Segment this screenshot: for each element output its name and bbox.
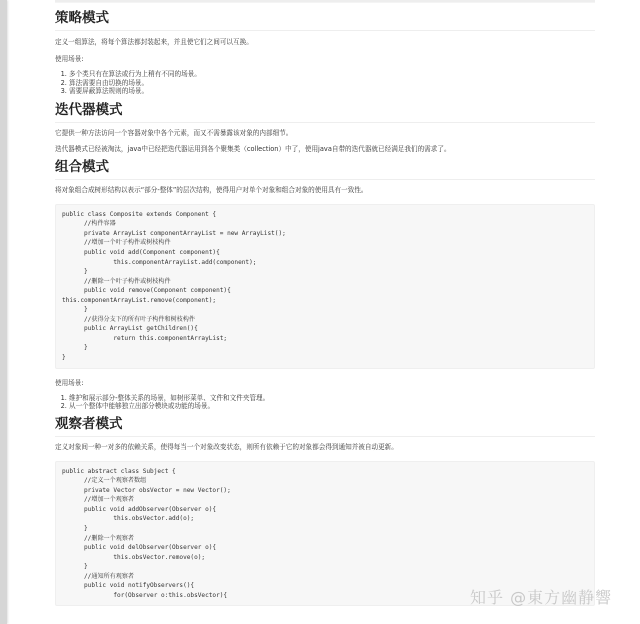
code-line: //删除一个观察者 — [62, 534, 588, 544]
section-title: 组合模式 — [55, 158, 595, 180]
code-line: //增加一个叶子构件或树枝构件 — [62, 238, 588, 248]
code-line: //删除一个叶子构件或树枝构件 — [62, 277, 588, 287]
code-line: private Vector obsVector = new Vector(); — [62, 486, 588, 496]
usage-list: 多个类只有在算法或行为上稍有不同的场景。 算法需要自由切换的场景。 需要屏蔽算法… — [55, 70, 595, 96]
code-line: } — [62, 343, 588, 353]
usage-list: 维护和展示部分-整体关系的场景，如树形菜单、文件和文件夹管理。 从一个整体中能够… — [55, 394, 595, 411]
usage-label: 使用场景: — [55, 55, 595, 64]
list-item: 需要屏蔽算法规则的场景。 — [69, 87, 595, 96]
section-description: 将对象组合成树形结构以表示“部分-整体”的层次结构，使得用户对单个对象和组合对象… — [55, 186, 595, 195]
code-line: public void addObserver(Observer o){ — [62, 505, 588, 515]
section-observer: 观察者模式 定义对象间一种一对多的依赖关系，使得每当一个对象改变状态，则所有依赖… — [55, 415, 595, 607]
code-line: return this.componentArrayList; — [62, 334, 588, 344]
code-line: //通知所有观察者 — [62, 572, 588, 582]
code-line: this.componentArrayList.add(component); — [62, 258, 588, 268]
usage-label: 使用场景: — [55, 379, 595, 388]
section-strategy: 策略模式 定义一组算法，将每个算法都封装起来，并且使它们之间可以互换。 使用场景… — [55, 9, 595, 96]
code-line: this.obsVector.remove(o); — [62, 553, 588, 563]
section-description: 定义对象间一种一对多的依赖关系，使得每当一个对象改变状态，则所有依赖于它的对象都… — [55, 443, 595, 452]
code-line: public void delObserver(Observer o){ — [62, 543, 588, 553]
list-item: 从一个整体中能够独立出部分模块或功能的场景。 — [69, 402, 595, 411]
code-line: public class Composite extends Component… — [62, 210, 588, 220]
list-item: 维护和展示部分-整体关系的场景，如树形菜单、文件和文件夹管理。 — [69, 394, 595, 403]
section-title: 迭代器模式 — [55, 101, 595, 123]
section-title: 观察者模式 — [55, 415, 595, 437]
code-line: public void add(Component component){ — [62, 248, 588, 258]
code-line: this.componentArrayList.remove(component… — [62, 296, 588, 306]
code-line: } — [62, 562, 588, 572]
code-line: public abstract class Subject { — [62, 467, 588, 477]
window-edge — [0, 0, 7, 624]
section-title: 策略模式 — [55, 9, 595, 31]
divider — [55, 0, 595, 3]
code-line: } — [62, 524, 588, 534]
code-line: private ArrayList componentArrayList = n… — [62, 229, 588, 239]
code-line: this.obsVector.add(o); — [62, 514, 588, 524]
watermark: 知乎 @東方幽静響 — [470, 585, 612, 608]
code-block: public class Composite extends Component… — [55, 204, 595, 369]
code-line: //构件容器 — [62, 219, 588, 229]
section-description: 定义一组算法，将每个算法都封装起来，并且使它们之间可以互换。 — [55, 38, 595, 47]
code-line: //定义一个观察者数组 — [62, 476, 588, 486]
list-item: 算法需要自由切换的场景。 — [69, 79, 595, 88]
code-line: public void remove(Component component){ — [62, 286, 588, 296]
section-description: 它提供一种方法访问一个容器对象中各个元素，而又不需暴露该对象的内部细节。 — [55, 129, 595, 138]
code-line: //增加一个观察者 — [62, 495, 588, 505]
code-line: } — [62, 267, 588, 277]
section-composite: 组合模式 将对象组合成树形结构以表示“部分-整体”的层次结构，使得用户对单个对象… — [55, 158, 595, 411]
code-line: } — [62, 353, 588, 363]
list-item: 多个类只有在算法或行为上稍有不同的场景。 — [69, 70, 595, 79]
section-note: 迭代器模式已经被淘汰，java中已经把迭代器运用到各个聚集类（collectio… — [55, 145, 595, 154]
code-line: } — [62, 305, 588, 315]
document-page: 策略模式 定义一组算法，将每个算法都封装起来，并且使它们之间可以互换。 使用场景… — [55, 0, 595, 606]
code-line: //获得分支下的所有叶子构件和树枝构件 — [62, 315, 588, 325]
section-iterator: 迭代器模式 它提供一种方法访问一个容器对象中各个元素，而又不需暴露该对象的内部细… — [55, 101, 595, 154]
code-line: public ArrayList getChildren(){ — [62, 324, 588, 334]
